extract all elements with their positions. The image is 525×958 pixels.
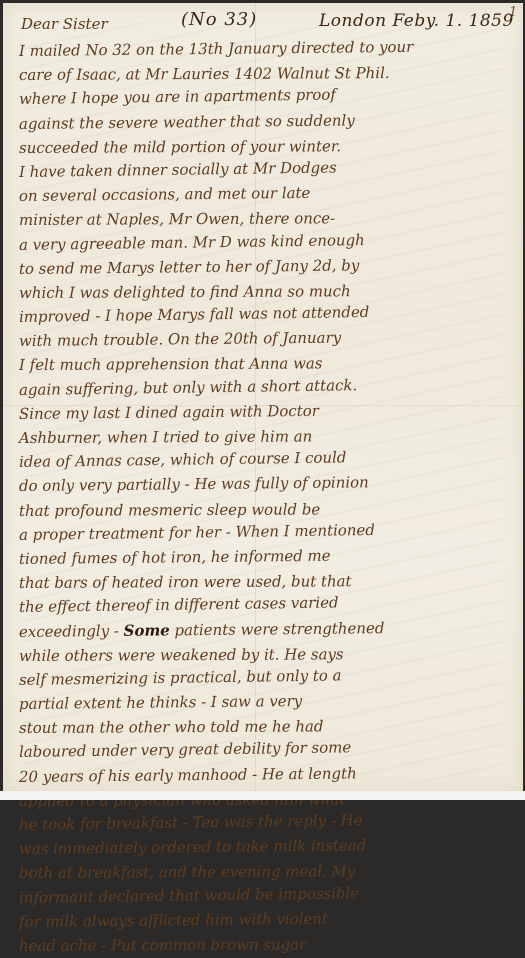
text-line: 20 years of his early manhood - He at le… [19,759,511,788]
emphasized-word: Some [124,621,170,639]
salutation: Dear Sister [21,15,108,33]
letter-number: (No 33) [181,9,257,30]
text-line: on several occasions, and met our late [19,179,511,208]
text-line: with much trouble. On the 20th of Januar… [19,324,511,353]
letter-page: 1 Dear Sister (No 33) London Feby. 1. 18… [3,3,523,793]
text-line: Since my last I dined again with Doctor [19,397,511,426]
letter-body: I mailed No 32 on the 13th January direc… [19,39,519,800]
scan-bottom-margin [0,791,525,800]
text-line: against the severe weather that so sudde… [19,106,511,135]
text-line: partial extent he thinks - I saw a very [19,687,511,716]
text-line: to send me Marys letter to her of Jany 2… [19,251,511,280]
text-line: I mailed No 32 on the 13th January direc… [19,34,511,63]
letter-header: Dear Sister (No 33) London Feby. 1. 1859 [3,9,523,35]
text-line: do only very partially - He was fully of… [19,469,511,498]
text-line: tioned fumes of hot iron, he informed me [19,542,511,571]
text-line: exceedingly - Some patients were strengt… [19,614,511,643]
place-and-date: London Feby. 1. 1859 [319,11,514,31]
